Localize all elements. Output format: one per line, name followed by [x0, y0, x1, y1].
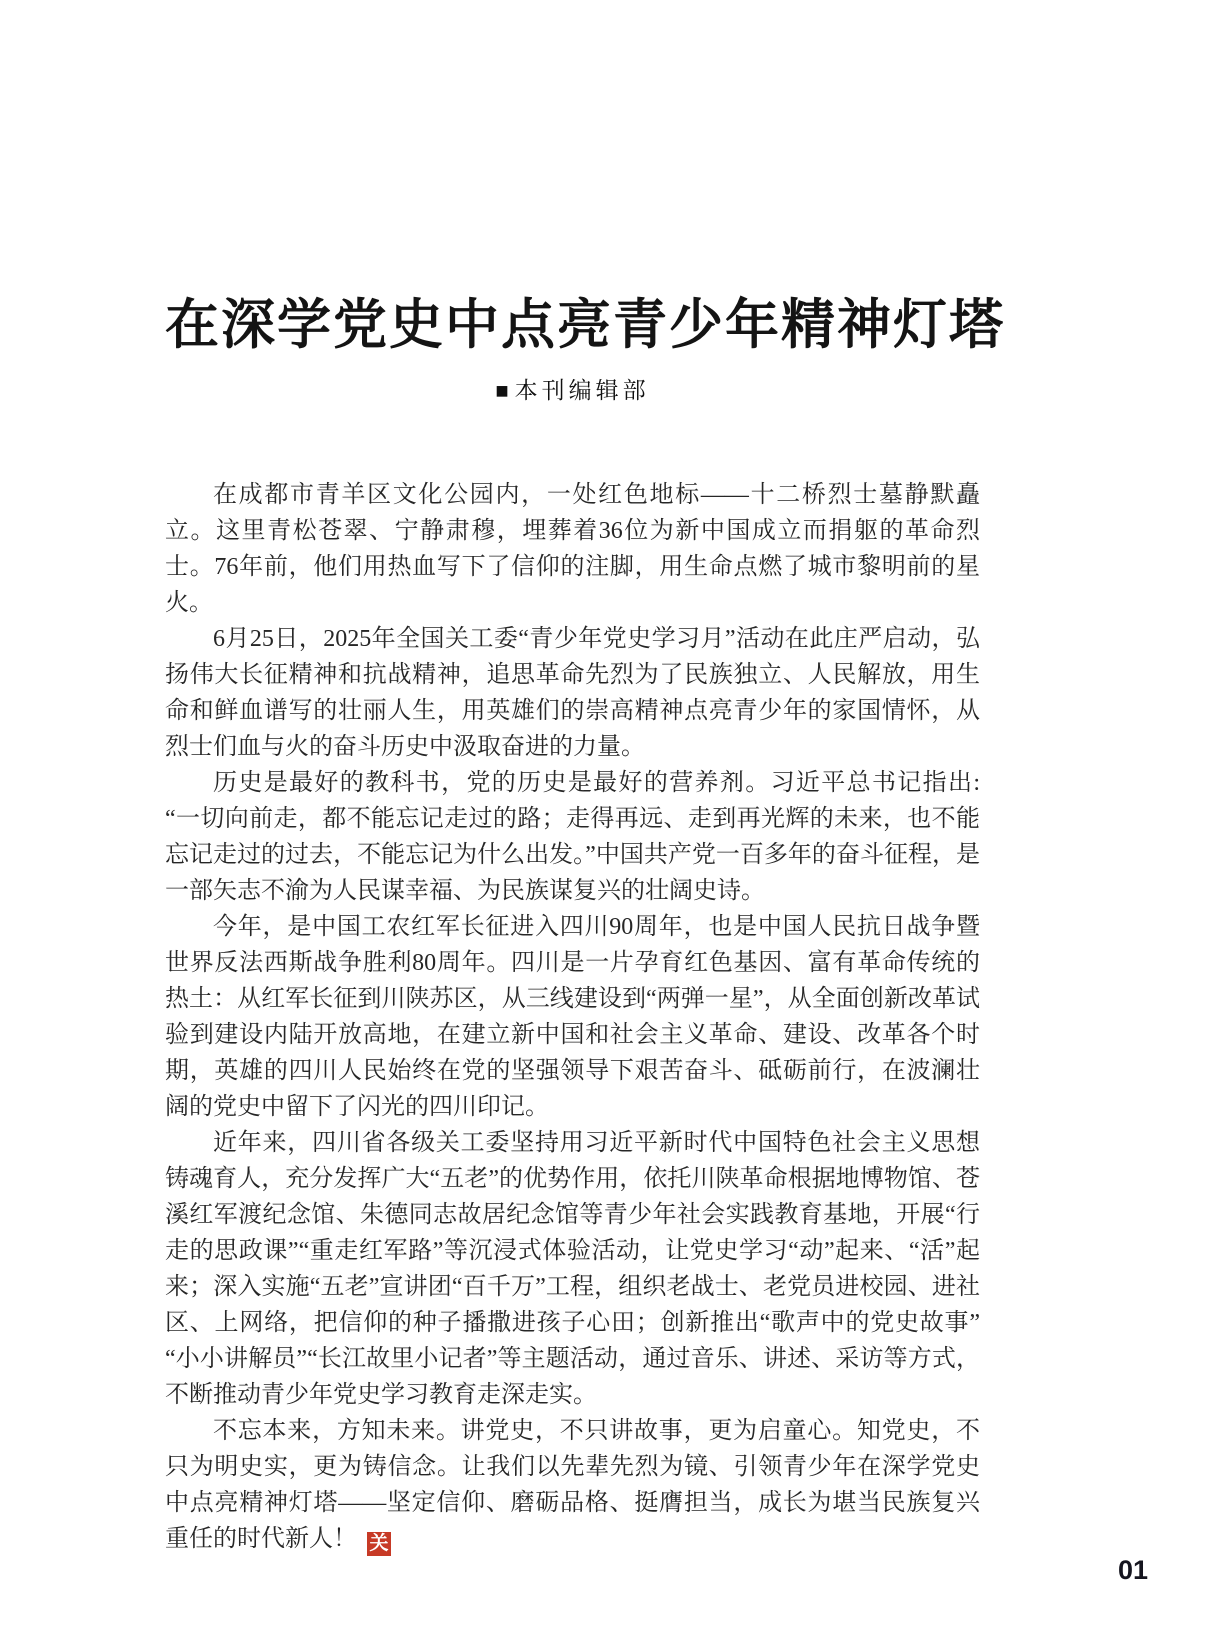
paragraph-3: 历史是最好的教科书，党的历史是最好的营养剂。习近平总书记指出: “一切向前走，都…: [165, 765, 980, 909]
page-number: 01: [1118, 1555, 1148, 1586]
article-title: 在深学党史中点亮青少年精神灯塔: [165, 282, 980, 359]
paragraph-6-text: 不忘本来，方知未来。讲党史，不只讲故事，更为启童心。知党史，不只为明史实，更为铸…: [165, 1418, 980, 1552]
paragraph-2: 6月25日，2025年全国关工委“青少年党史学习月”活动在此庄严启动，弘扬伟大长…: [165, 621, 980, 765]
paragraph-5: 近年来，四川省各级关工委坚持用习近平新时代中国特色社会主义思想铸魂育人，充分发挥…: [165, 1125, 980, 1413]
article-byline: ■本刊编辑部: [165, 372, 980, 405]
article-end-mark: 关: [367, 1532, 391, 1556]
magazine-article-page: 在深学党史中点亮青少年精神灯塔 ■本刊编辑部 在成都市青羊区文化公园内，一处红色…: [0, 0, 1207, 1638]
article-body: 在成都市青羊区文化公园内，一处红色地标——十二桥烈士墓静默矗立。这里青松苍翠、宁…: [165, 477, 980, 1557]
byline-square-icon: ■: [495, 378, 512, 403]
byline-text: 本刊编辑部: [515, 377, 650, 403]
paragraph-1: 在成都市青羊区文化公园内，一处红色地标——十二桥烈士墓静默矗立。这里青松苍翠、宁…: [165, 477, 980, 621]
paragraph-4: 今年，是中国工农红军长征进入四川90周年，也是中国人民抗日战争暨世界反法西斯战争…: [165, 909, 980, 1125]
paragraph-6: 不忘本来，方知未来。讲党史，不只讲故事，更为启童心。知党史，不只为明史实，更为铸…: [165, 1413, 980, 1557]
